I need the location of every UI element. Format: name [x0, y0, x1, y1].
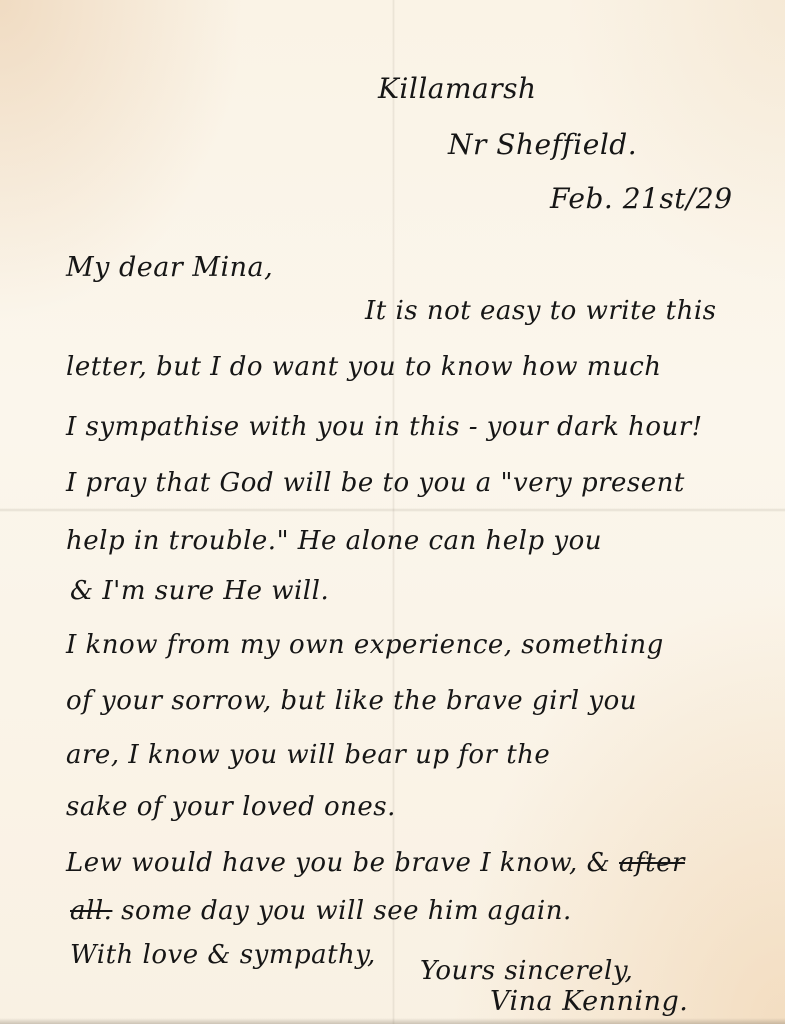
struck-word-after: after [619, 848, 685, 878]
body-line-6: & I'm sure He will. [70, 576, 329, 606]
closing-line-2: Yours sincerely, [420, 956, 633, 986]
body-line-12-text: some day you will see him again. [121, 896, 572, 926]
body-line-2: letter, but I do want you to know how mu… [66, 352, 662, 382]
body-line-7: I know from my own experience, something [66, 630, 664, 660]
body-line-8: of your sorrow, but like the brave girl … [66, 686, 637, 716]
body-line-9: are, I know you will bear up for the [66, 740, 550, 770]
struck-word-all: all. [70, 896, 112, 926]
closing-line-1: With love & sympathy, [70, 940, 376, 970]
salutation: My dear Mina, [66, 252, 273, 283]
letter-page: Killamarsh Nr Sheffield. Feb. 21st/29 My… [0, 0, 785, 1024]
address-line-1: Killamarsh [378, 72, 537, 105]
body-line-11: Lew would have you be brave I know, & af… [66, 848, 685, 878]
body-line-10: sake of your loved ones. [66, 792, 396, 822]
body-line-5: help in trouble." He alone can help you [66, 526, 602, 556]
body-line-3: I sympathise with you in this - your dar… [66, 412, 703, 442]
body-line-12: all. some day you will see him again. [70, 896, 572, 926]
body-line-4: I pray that God will be to you a "very p… [66, 468, 685, 498]
address-line-2: Nr Sheffield. [448, 128, 637, 161]
letter-date: Feb. 21st/29 [550, 182, 733, 215]
body-line-11-text: Lew would have you be brave I know, & [66, 848, 610, 878]
signature: Vina Kenning. [490, 986, 688, 1017]
horizontal-fold-crease [0, 508, 785, 512]
paper-bottom-edge [0, 1018, 785, 1024]
body-line-1: It is not easy to write this [365, 296, 717, 326]
